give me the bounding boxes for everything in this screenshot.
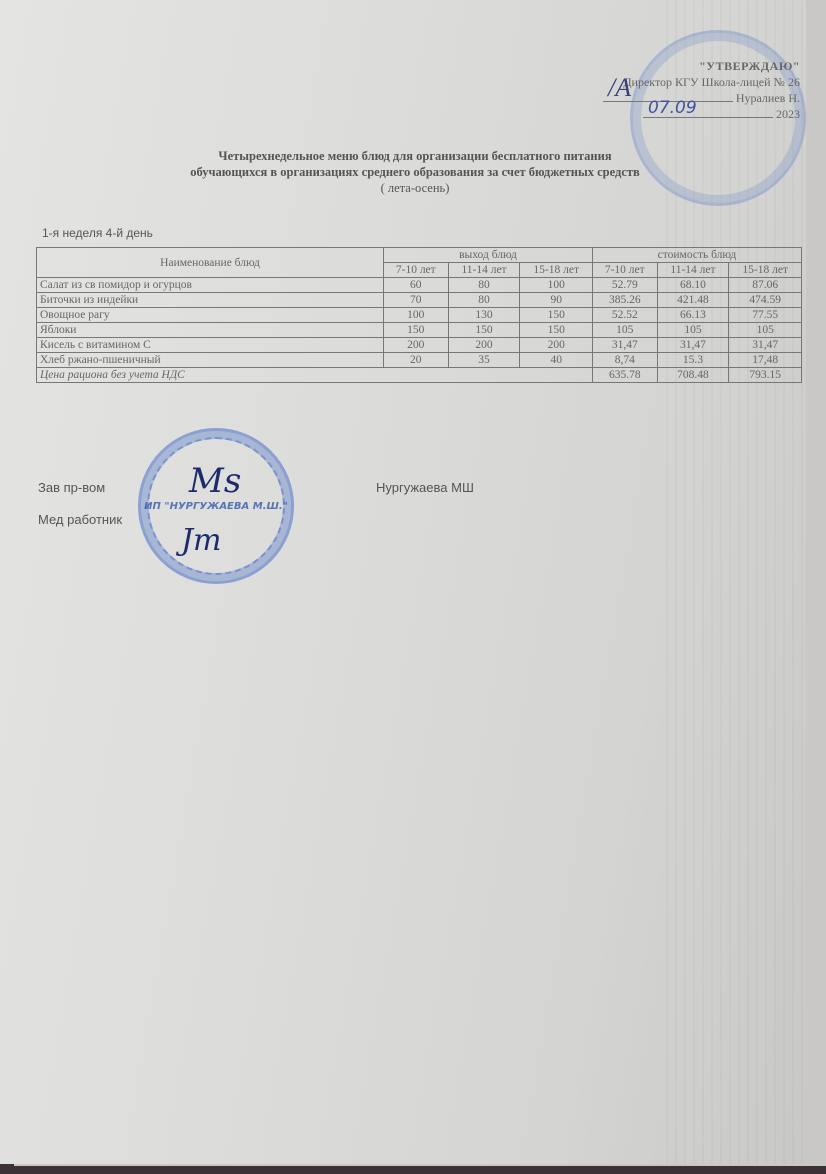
cost-cell: 474.59 xyxy=(729,293,802,308)
header-cost-age: 7-10 лет xyxy=(592,263,657,278)
table-row: Хлеб ржано-пшеничный2035408,7415.317,48 xyxy=(37,353,802,368)
output-cell: 20 xyxy=(384,353,449,368)
dish-name: Овощное рагу xyxy=(37,308,384,323)
output-cell: 150 xyxy=(520,323,593,338)
total-value: 708.48 xyxy=(657,368,729,383)
dish-name: Яблоки xyxy=(37,323,384,338)
output-cell: 200 xyxy=(448,338,520,353)
header-dish-name: Наименование блюд xyxy=(37,248,384,278)
cost-cell: 31,47 xyxy=(592,338,657,353)
output-cell: 80 xyxy=(448,293,520,308)
table-row: Яблоки150150150105105105 xyxy=(37,323,802,338)
output-cell: 150 xyxy=(520,308,593,323)
total-value: 793.15 xyxy=(729,368,802,383)
cost-cell: 52.52 xyxy=(592,308,657,323)
cost-cell: 105 xyxy=(729,323,802,338)
table-row: Овощное рагу10013015052.5266.1377.55 xyxy=(37,308,802,323)
dish-name: Биточки из индейки xyxy=(37,293,384,308)
cost-cell: 17,48 xyxy=(729,353,802,368)
cost-cell: 68.10 xyxy=(657,278,729,293)
output-cell: 150 xyxy=(448,323,520,338)
cost-cell: 105 xyxy=(592,323,657,338)
signature-scribble: Ms xyxy=(189,461,241,501)
header-output-age: 7-10 лет xyxy=(384,263,449,278)
document-page: "УТВЕРЖДАЮ" Директор КГУ Школа-лицей № 2… xyxy=(0,0,806,1164)
output-cell: 200 xyxy=(384,338,449,353)
handwritten-date: 07.09 xyxy=(648,100,697,116)
cost-cell: 66.13 xyxy=(657,308,729,323)
approval-year: 2023 xyxy=(776,107,800,121)
cost-cell: 8,74 xyxy=(592,353,657,368)
total-label: Цена рациона без учета НДС xyxy=(37,368,384,383)
approved-label: "УТВЕРЖДАЮ" xyxy=(590,58,800,74)
header-cost-age: 15-18 лет xyxy=(729,263,802,278)
document-title: Четырехнедельное меню блюд для организац… xyxy=(140,148,690,196)
header-output-age: 11-14 лет xyxy=(448,263,520,278)
menu-table: Наименование блюд выход блюд стоимость б… xyxy=(36,247,802,383)
output-cell: 80 xyxy=(448,278,520,293)
cost-cell: 77.55 xyxy=(729,308,802,323)
table-row: Биточки из индейки708090385.26421.48474.… xyxy=(37,293,802,308)
cost-cell: 31,47 xyxy=(657,338,729,353)
output-cell: 130 xyxy=(448,308,520,323)
dish-name: Кисель с витамином С xyxy=(37,338,384,353)
output-cell: 35 xyxy=(448,353,520,368)
week-day-label: 1-я неделя 4-й день xyxy=(42,226,153,240)
signature-scribble: Jm xyxy=(181,523,221,558)
output-cell: 150 xyxy=(384,323,449,338)
director-name: Нуралиев Н. xyxy=(736,91,800,105)
medic-label: Мед работник xyxy=(38,512,122,527)
output-cell: 60 xyxy=(384,278,449,293)
output-cell: 70 xyxy=(384,293,449,308)
header-output-age: 15-18 лет xyxy=(520,263,593,278)
output-cell: 90 xyxy=(520,293,593,308)
cost-cell: 87.06 xyxy=(729,278,802,293)
total-blank xyxy=(384,368,593,383)
output-cell: 100 xyxy=(384,308,449,323)
director-signature: /А xyxy=(608,80,631,96)
cost-cell: 385.26 xyxy=(592,293,657,308)
total-value: 635.78 xyxy=(592,368,657,383)
table-row: Кисель с витамином С20020020031,4731,473… xyxy=(37,338,802,353)
cost-cell: 15.3 xyxy=(657,353,729,368)
header-cost-age: 11-14 лет xyxy=(657,263,729,278)
header-output: выход блюд xyxy=(384,248,593,263)
cost-cell: 105 xyxy=(657,323,729,338)
title-line-2: обучающихся в организациях среднего обра… xyxy=(140,164,690,180)
total-row: Цена рациона без учета НДС 635.78 708.48… xyxy=(37,368,802,383)
approval-block: "УТВЕРЖДАЮ" Директор КГУ Школа-лицей № 2… xyxy=(590,58,800,122)
cost-cell: 421.48 xyxy=(657,293,729,308)
header-cost: стоимость блюд xyxy=(592,248,801,263)
output-cell: 200 xyxy=(520,338,593,353)
cost-cell: 52.79 xyxy=(592,278,657,293)
title-line-1: Четырехнедельное меню блюд для организац… xyxy=(140,148,690,164)
title-season: ( лета-осень) xyxy=(140,180,690,196)
dish-name: Салат из св помидор и огурцов xyxy=(37,278,384,293)
table-row: Салат из св помидор и огурцов608010052.7… xyxy=(37,278,802,293)
output-cell: 40 xyxy=(520,353,593,368)
responsible-name: Нургужаева МШ xyxy=(376,480,474,495)
dish-name: Хлеб ржано-пшеничный xyxy=(37,353,384,368)
head-of-production-label: Зав пр-вом xyxy=(38,480,105,495)
output-cell: 100 xyxy=(520,278,593,293)
cost-cell: 31,47 xyxy=(729,338,802,353)
company-stamp: ИП "НУРГУЖАЕВА М.Ш." Ms Jm xyxy=(138,428,294,584)
